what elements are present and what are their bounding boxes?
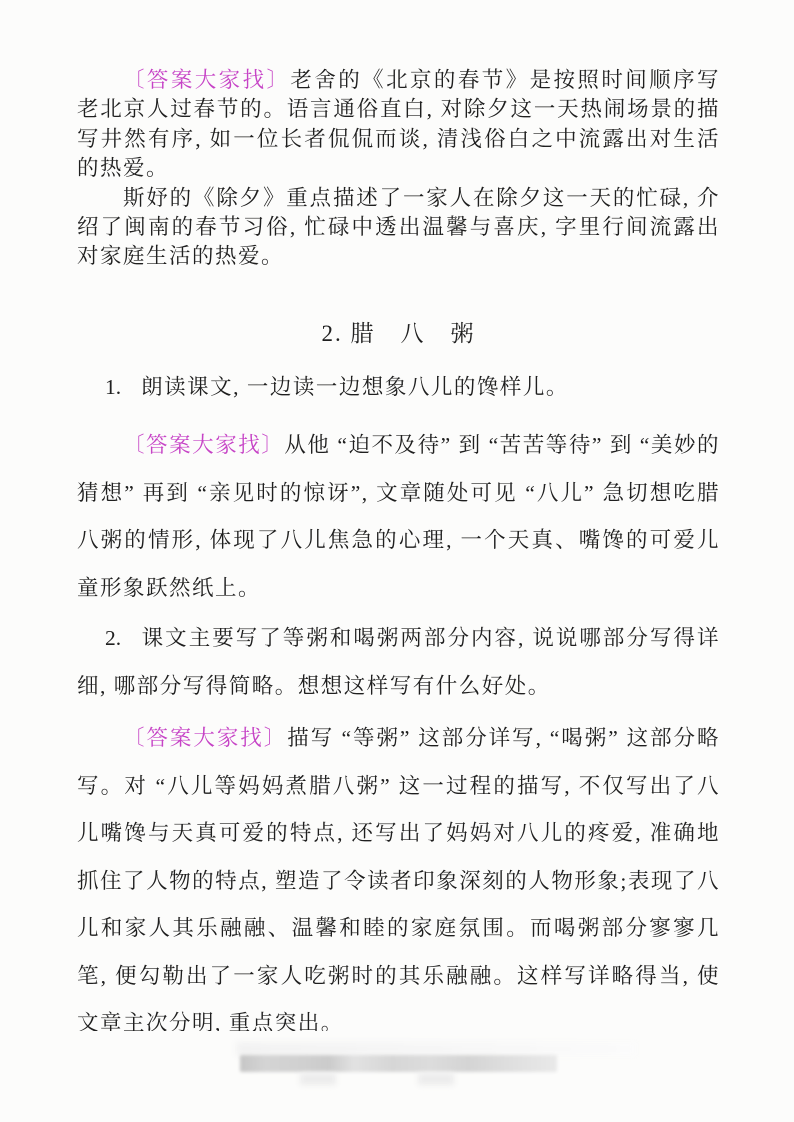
- answer-1-text: 从他 “迫不及待” 到 “苦苦等待” 到 “美妙的猜想” 再到 “亲见时的惊讶”…: [77, 433, 720, 600]
- question-1-number: 1.: [105, 375, 121, 399]
- question-2: 2.课文主要写了等粥和喝粥两部分内容, 说说哪部分写得详细, 哪部分写得简略。想…: [77, 615, 720, 710]
- answer-label: 〔答案大家找〕: [123, 726, 287, 750]
- answer-1: 〔答案大家找〕从他 “迫不及待” 到 “苦苦等待” 到 “美妙的猜想” 再到 “…: [77, 422, 720, 612]
- watermark-smudge: [418, 1073, 454, 1085]
- question-2-text: 课文主要写了等粥和喝粥两部分内容, 说说哪部分写得详细, 哪部分写得简略。想想这…: [77, 626, 720, 698]
- paragraph-text: 斯妤的《除夕》重点描述了一家人在除夕这一天的忙碌, 介绍了闽南的春节习俗, 忙碌…: [77, 186, 720, 269]
- lesson-heading: 2. 腊 八 粥: [77, 319, 720, 349]
- answer-label: 〔答案大家找〕: [123, 433, 284, 457]
- intro-paragraph-chuxi: 斯妤的《除夕》重点描述了一家人在除夕这一天的忙碌, 介绍了闽南的春节习俗, 忙碌…: [77, 184, 720, 272]
- question-2-number: 2.: [105, 626, 121, 650]
- page-content: 〔答案大家找〕老舍的《北京的春节》是按照时间顺序写老北京人过春节的。语言通俗直白…: [77, 66, 720, 1048]
- question-1-text: 朗读课文, 一边读一边想象八儿的馋样儿。: [141, 375, 569, 399]
- answer-label: 〔答案大家找〕: [123, 68, 290, 92]
- question-1: 1.朗读课文, 一边读一边想象八儿的馋样儿。: [77, 364, 720, 412]
- intro-paragraph-beijing-spring-festival: 〔答案大家找〕老舍的《北京的春节》是按照时间顺序写老北京人过春节的。语言通俗直白…: [77, 66, 720, 184]
- answer-2: 〔答案大家找〕描写 “等粥” 这部分详写, “喝粥” 这部分略写。对 “八儿等妈…: [77, 715, 720, 1048]
- answer-2-text: 描写 “等粥” 这部分详写, “喝粥” 这部分略写。对 “八儿等妈妈煮腊八粥” …: [77, 726, 720, 1035]
- watermark-halo: [236, 1042, 636, 1056]
- watermark-smudge: [300, 1073, 336, 1085]
- blurred-watermark-bar: [240, 1055, 557, 1072]
- document-page: 〔答案大家找〕老舍的《北京的春节》是按照时间顺序写老北京人过春节的。语言通俗直白…: [0, 0, 794, 1122]
